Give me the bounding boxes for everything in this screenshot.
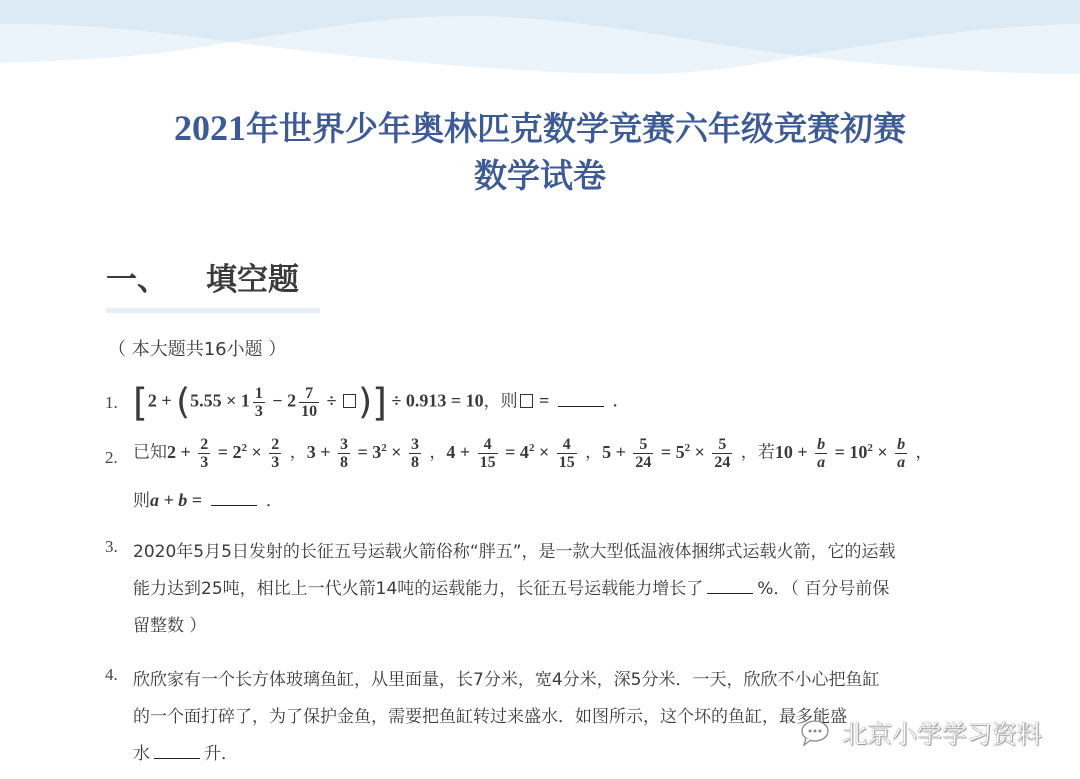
section-number: 一、 <box>106 262 168 298</box>
answer-blank[interactable] <box>154 743 200 759</box>
section-underline <box>106 308 320 313</box>
section-title: 填空题 <box>206 262 299 298</box>
document-title-line2: 数学试卷 <box>0 150 1080 197</box>
question-number: 2. <box>105 448 118 468</box>
question-1-expression: [2 + (5.55 × 113 − 2710 ÷ )] ÷ 0.913 = 1… <box>133 385 630 420</box>
question-number: 1. <box>105 393 118 413</box>
unknown-box <box>343 394 356 408</box>
answer-blank[interactable] <box>707 578 753 594</box>
answer-blank[interactable] <box>211 490 257 506</box>
question-2-line1: 已知2 + 23 = 22 × 23 ，3 + 38 = 32 × 38 ，4 … <box>133 436 933 471</box>
wechat-icon <box>800 718 834 748</box>
answer-blank[interactable] <box>558 391 604 407</box>
question-number: 3. <box>105 537 118 557</box>
watermark: 北京小学学习资料 <box>800 715 1042 751</box>
question-2-line2: 则a + b = ． <box>133 486 283 511</box>
section-heading: 一、填空题 <box>106 254 299 299</box>
fraction: 13 <box>253 385 265 420</box>
fraction: 710 <box>299 385 319 420</box>
unknown-box <box>520 394 533 408</box>
question-number: 4. <box>105 665 118 685</box>
document-title-line1: 2021年世界少年奥林匹克数学竞赛六年级竞赛初赛 <box>0 103 1080 150</box>
section-note: （ 本大题共16小题 ） <box>108 335 286 361</box>
wave-banner <box>0 0 1080 80</box>
